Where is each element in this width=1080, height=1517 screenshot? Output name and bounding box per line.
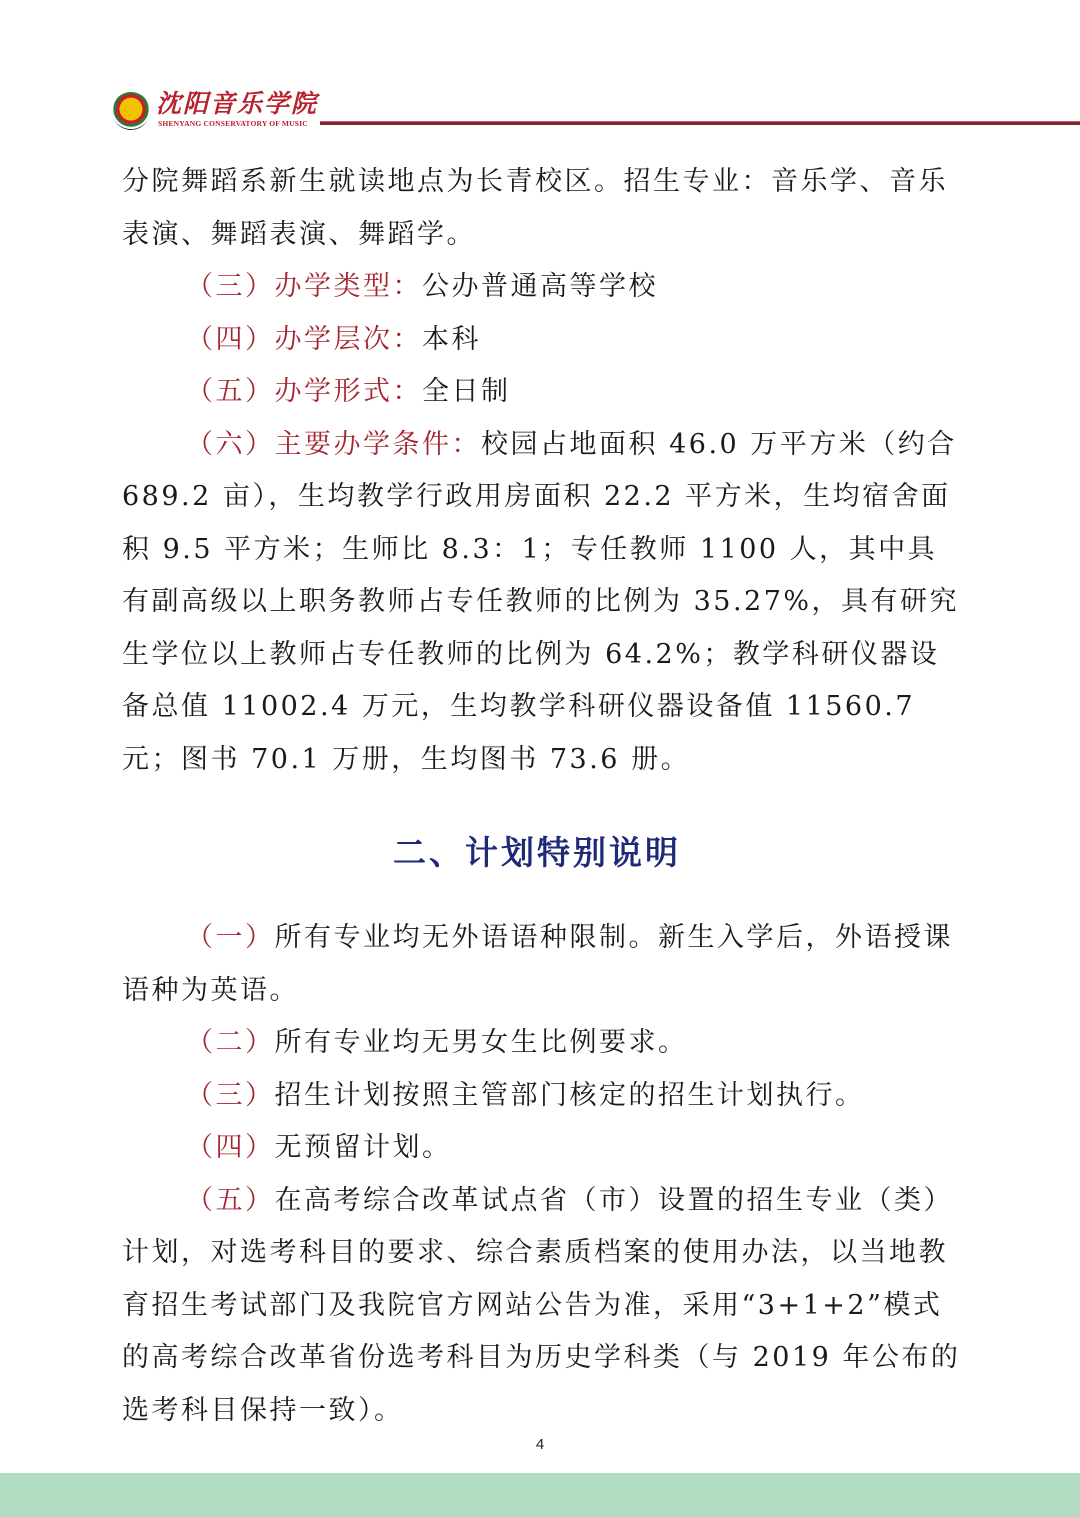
institution-name: 沈阳音乐学院 [156, 90, 318, 118]
note-item-2: （二）所有专业均无男女生比例要求。 [122, 1017, 962, 1070]
item-school-form: （五）办学形式：全日制 [122, 366, 962, 419]
item-text: 无预留计划。 [275, 1132, 452, 1163]
item-label: （六）主要办学条件： [186, 429, 481, 460]
conservatory-emblem-icon [112, 92, 150, 130]
item-label: （五） [186, 1185, 275, 1216]
footer-band [0, 1473, 1080, 1517]
item-text: 全日制 [422, 376, 511, 407]
item-label: （五）办学形式： [186, 376, 422, 407]
paragraph-continuation: 分院舞蹈系新生就读地点为长青校区。招生专业：音乐学、音乐表演、舞蹈表演、舞蹈学。 [122, 156, 962, 261]
item-label: （四）办学层次： [186, 324, 422, 355]
item-text: 校园占地面积 46.0 万平方米（约合 689.2 亩），生均教学行政用房面积 … [122, 429, 959, 775]
header-divider [320, 121, 1080, 125]
section-heading: 二、计划特别说明 [122, 828, 962, 878]
item-school-type: （三）办学类型：公办普通高等学校 [122, 261, 962, 314]
item-school-conditions: （六）主要办学条件：校园占地面积 46.0 万平方米（约合 689.2 亩），生… [122, 419, 962, 787]
item-text: 所有专业均无男女生比例要求。 [275, 1027, 688, 1058]
item-label: （二） [186, 1027, 275, 1058]
item-label: （三）办学类型： [186, 271, 422, 302]
item-school-level: （四）办学层次：本科 [122, 314, 962, 367]
item-label: （一） [186, 922, 275, 953]
item-label: （四） [186, 1132, 275, 1163]
document-body: 分院舞蹈系新生就读地点为长青校区。招生专业：音乐学、音乐表演、舞蹈表演、舞蹈学。… [122, 156, 962, 1437]
page-header: 沈阳音乐学院 SHENYANG CONSERVATORY OF MUSIC [108, 88, 1080, 134]
note-item-5: （五）在高考综合改革试点省（市）设置的招生专业（类）计划，对选考科目的要求、综合… [122, 1175, 962, 1438]
note-item-1: （一）所有专业均无外语语种限制。新生入学后，外语授课语种为英语。 [122, 912, 962, 1017]
note-item-4: （四）无预留计划。 [122, 1122, 962, 1175]
institution-name-english: SHENYANG CONSERVATORY OF MUSIC [158, 119, 308, 128]
page-number: 4 [0, 1436, 1080, 1453]
item-label: （三） [186, 1080, 275, 1111]
item-text: 在高考综合改革试点省（市）设置的招生专业（类）计划，对选考科目的要求、综合素质档… [122, 1185, 960, 1426]
item-text: 公办普通高等学校 [422, 271, 658, 302]
item-text: 招生计划按照主管部门核定的招生计划执行。 [275, 1080, 865, 1111]
item-text: 本科 [422, 324, 481, 355]
note-item-3: （三）招生计划按照主管部门核定的招生计划执行。 [122, 1070, 962, 1123]
